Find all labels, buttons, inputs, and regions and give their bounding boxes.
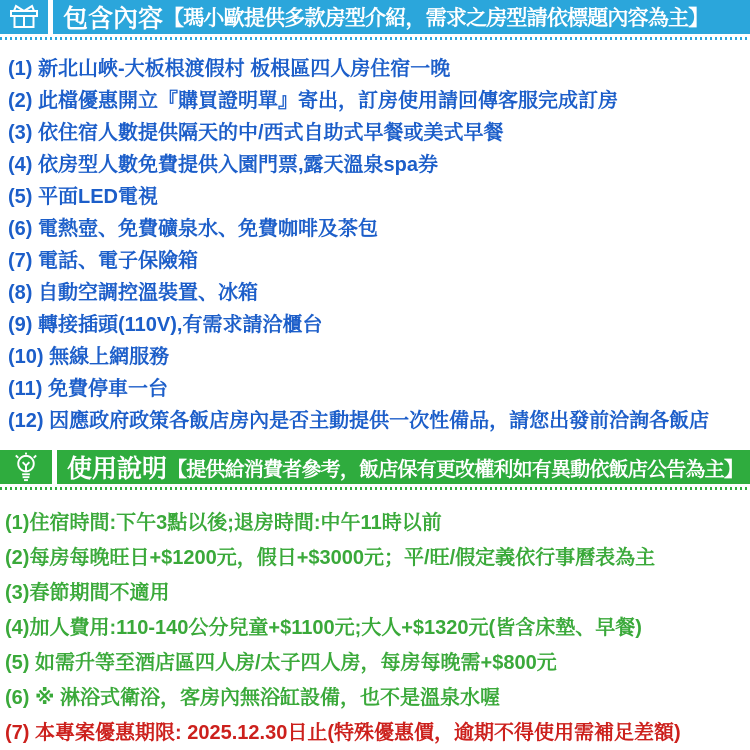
included-item: (8) 自動空調控溫裝置、冰箱 (8, 277, 746, 309)
included-title: 包含內容 (63, 0, 163, 34)
included-item: (11) 免費停車一台 (8, 373, 746, 405)
usage-header-text: 使用說明【提供給消費者參考，飯店保有更改權利如有異動依飯店公告為主】 (57, 450, 750, 484)
included-note: 【瑪小歐提供多款房型介紹，需求之房型請依標題內容為主】 (163, 2, 708, 32)
included-section: 包含內容【瑪小歐提供多款房型介紹，需求之房型請依標題內容為主】 (1) 新北山峽… (0, 0, 750, 437)
included-header: 包含內容【瑪小歐提供多款房型介紹，需求之房型請依標題內容為主】 (0, 0, 750, 34)
included-item: (1) 新北山峽-大板根渡假村 板根區四人房住宿一晚 (8, 53, 746, 85)
usage-item: (3)春節期間不適用 (5, 576, 746, 611)
usage-item-expiry: (7) 本專案優惠期限: 2025.12.30日止(特殊優惠價，逾期不得使用需補… (5, 716, 746, 750)
included-item: (12) 因應政府政策各飯店房內是否主動提供一次性備品，請您出發前洽詢各飯店 (8, 405, 746, 437)
usage-list: (1)住宿時間:下午3點以後;退房時間:中午11時以前 (2)每房每晚旺日+$1… (0, 490, 750, 750)
usage-item: (5) 如需升等至酒店區四人房/太子四人房，每房每晚需+$800元 (5, 646, 746, 681)
included-item: (7) 電話、電子保險箱 (8, 245, 746, 277)
included-item: (5) 平面LED電視 (8, 181, 746, 213)
usage-item: (2)每房每晚旺日+$1200元，假日+$3000元；平/旺/假定義依行事曆表為… (5, 541, 746, 576)
usage-item: (4)加人費用:110-140公分兒童+$1100元;大人+$1320元(皆含床… (5, 611, 746, 646)
lightbulb-icon (0, 450, 52, 484)
usage-section: 使用說明【提供給消費者參考，飯店保有更改權利如有異動依飯店公告為主】 (1)住宿… (0, 450, 750, 750)
usage-title: 使用說明 (67, 450, 167, 484)
included-item: (6) 電熱壺、免費礦泉水、免費咖啡及茶包 (8, 213, 746, 245)
included-item: (4) 依房型人數免費提供入園門票,露天溫泉spa券 (8, 149, 746, 181)
included-item: (2) 此檔優惠開立『購買證明單』寄出，訂房使用請回傳客服完成訂房 (8, 85, 746, 117)
included-list: (1) 新北山峽-大板根渡假村 板根區四人房住宿一晚 (2) 此檔優惠開立『購買… (0, 40, 750, 437)
included-item: (9) 轉接插頭(110V),有需求請洽櫃台 (8, 309, 746, 341)
usage-note: 【提供給消費者參考，飯店保有更改權利如有異動依飯店公告為主】 (167, 453, 743, 482)
usage-item: (6) ※ 淋浴式衛浴，客房內無浴缸設備，也不是溫泉水喔 (5, 681, 746, 716)
gift-icon (0, 0, 48, 34)
included-item: (10) 無線上網服務 (8, 341, 746, 373)
included-item: (3) 依住宿人數提供隔天的中/西式自助式早餐或美式早餐 (8, 117, 746, 149)
usage-item: (1)住宿時間:下午3點以後;退房時間:中午11時以前 (5, 506, 746, 541)
included-header-text: 包含內容【瑪小歐提供多款房型介紹，需求之房型請依標題內容為主】 (53, 0, 750, 34)
usage-header: 使用說明【提供給消費者參考，飯店保有更改權利如有異動依飯店公告為主】 (0, 450, 750, 484)
